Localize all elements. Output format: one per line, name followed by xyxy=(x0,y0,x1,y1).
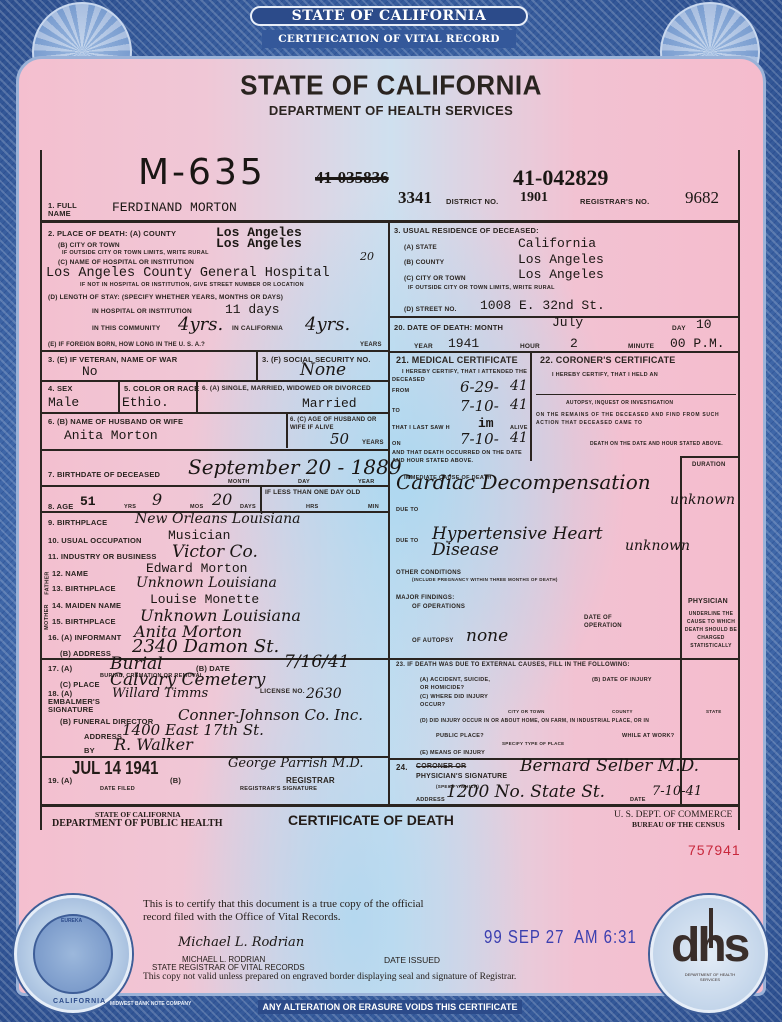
date-issued-stamp: 99 SEP 27 AM 6:31 xyxy=(484,927,637,948)
hrs-label: HRS xyxy=(306,504,319,510)
seal-motto: EUREKA xyxy=(61,918,82,924)
divider xyxy=(260,485,262,511)
divider xyxy=(286,412,288,448)
res-city-label: (C) CITY OR TOWN xyxy=(404,275,466,282)
on-label: ON xyxy=(392,441,401,447)
age-days: 20 xyxy=(212,490,232,509)
death-day: 10 xyxy=(696,317,712,332)
date-filed-value: JUL 14 1941 xyxy=(72,758,158,778)
residence-label: 3. USUAL RESIDENCE OF DECEASED: xyxy=(394,226,539,235)
printer-name: MIDWEST BANK NOTE COMPANY xyxy=(110,1001,191,1007)
veteran-value: No xyxy=(82,364,98,379)
coroner-text-2: AUTOPSY, INQUEST OR INVESTIGATION xyxy=(566,400,673,406)
date-injury-label: (B) DATE OF INJURY xyxy=(592,676,652,684)
in-community-label: IN THIS COMMUNITY xyxy=(92,325,160,332)
other-conditions-label: OTHER CONDITIONS xyxy=(396,570,461,576)
birthdate-label: 7. BIRTHDATE OF DECEASED xyxy=(48,470,160,479)
registrar-signature: George Parrish M.D. xyxy=(228,756,363,771)
marital-value: Married xyxy=(302,396,357,411)
date-of-operation-label: DATE OF OPERATION xyxy=(584,614,624,630)
to-label: TO xyxy=(392,408,400,414)
banner-subtitle: CERTIFICATION OF VITAL RECORD xyxy=(262,30,516,48)
registrar-title: REGISTRAR xyxy=(286,776,335,785)
res-city-value: Los Angeles xyxy=(518,267,604,282)
department-title: DEPARTMENT OF HEALTH SERVICES xyxy=(0,103,782,118)
column-divider xyxy=(388,222,390,806)
embalmer-label: 18. (A) EMBALMER'S SIGNATURE xyxy=(48,690,108,714)
stay-label: (D) LENGTH OF STAY: (SPECIFY WHETHER YEA… xyxy=(48,294,283,301)
minute-label: MINUTE xyxy=(628,343,654,350)
accident-label: (A) ACCIDENT, SUICIDE, OR HOMICIDE? xyxy=(420,676,500,692)
less-than-day-label: IF LESS THAN ONE DAY OLD xyxy=(265,489,360,496)
date-filed-label: 19. (A) xyxy=(48,776,72,785)
from-year: 41 xyxy=(510,378,528,394)
last-saw-year: 41 xyxy=(510,430,528,446)
certificate-number: 41-042829 xyxy=(513,165,608,191)
attended-from: 6-29- xyxy=(460,378,499,396)
certify-text-2: record filed with the Office of Vital Re… xyxy=(143,911,340,923)
due-to-duration: unknown xyxy=(625,538,690,554)
place-label: (C) PLACE xyxy=(60,680,100,689)
from-label: FROM xyxy=(392,388,409,394)
coroner-text-1: I HEREBY CERTIFY, THAT I HELD AN xyxy=(552,372,658,378)
divider xyxy=(388,351,740,353)
spouse-age-value: 50 xyxy=(330,430,349,448)
informant-address-label: (B) ADDRESS xyxy=(60,649,111,658)
industry-value: Victor Co. xyxy=(172,542,258,562)
divider xyxy=(530,351,532,461)
age-label: 8. AGE xyxy=(48,502,74,511)
specify-type-label: SPECIFY TYPE OF PLACE xyxy=(502,741,564,746)
last-saw-date: 7-10- xyxy=(460,430,499,448)
city-note: IF OUTSIDE CITY OR TOWN LIMITS, WRITE RU… xyxy=(62,250,209,256)
autopsy-value: none xyxy=(466,626,508,646)
registrar-number: 9682 xyxy=(685,188,719,208)
physician-sig-struck: CORONER OR xyxy=(416,763,466,770)
hospital-label: (C) NAME OF HOSPITAL OR INSTITUTION xyxy=(58,259,194,266)
license-value: 2630 xyxy=(306,686,342,702)
registrar-sig-label: (B) xyxy=(170,776,181,785)
attended-to: 7-10- xyxy=(460,397,499,415)
hour-label: HOUR xyxy=(520,343,540,350)
coroner-text-3: ON THE REMAINS OF THE DECEASED AND FIND … xyxy=(536,411,738,427)
in-california-label: IN CALIFORNIA xyxy=(232,325,283,332)
sub-number: 3341 xyxy=(398,188,432,208)
sex-value: Male xyxy=(48,395,79,410)
footer-left-dept: DEPARTMENT OF PUBLIC HEALTH xyxy=(52,818,223,829)
coroner-text-4: DEATH ON THE DATE AND HOUR STATED ABOVE. xyxy=(590,441,723,447)
age-years: 51 xyxy=(80,494,96,509)
mother-side-label: MOTHER xyxy=(44,604,50,630)
spouse-value: Anita Morton xyxy=(64,428,158,443)
physician-date: 7-10-41 xyxy=(652,784,702,799)
mother-maiden-value: Louise Monette xyxy=(150,592,259,607)
handwritten-ref: M-635 xyxy=(138,152,266,193)
of-autopsy-label: OF AUTOPSY xyxy=(412,638,454,644)
dhs-caption: DEPARTMENT OF HEALTH SERVICES xyxy=(683,972,737,982)
where-sub-city: CITY OR TOWN xyxy=(508,709,545,714)
district-label: DISTRICT NO. xyxy=(446,197,498,206)
divider xyxy=(680,456,740,458)
where-injury-label: (C) WHERE DID INJURY OCCUR? xyxy=(420,693,490,709)
coroner-cert-label: 22. CORONER'S CERTIFICATE xyxy=(540,355,676,365)
sex-label: 4. SEX xyxy=(48,384,73,393)
to-year: 41 xyxy=(510,397,528,413)
hospital-note: IF NOT IN HOSPITAL OR INSTITUTION, GIVE … xyxy=(80,282,304,288)
day-label: DAY xyxy=(672,325,686,332)
ward-number: 20 xyxy=(360,250,374,263)
divider xyxy=(40,804,740,807)
of-operations-label: OF OPERATIONS xyxy=(412,604,465,610)
spouse-label: 6. (B) NAME OF HUSBAND OR WIFE xyxy=(48,417,183,426)
res-county-value: Los Angeles xyxy=(518,252,604,267)
res-state-value: California xyxy=(518,236,596,251)
district-number: 1901 xyxy=(520,190,548,206)
divider xyxy=(196,380,198,412)
informant-label: 16. (A) INFORMANT xyxy=(48,633,121,642)
mother-birthplace-label: 15. BIRTHPLACE xyxy=(52,617,116,626)
mother-maiden-label: 14. MAIDEN NAME xyxy=(52,601,121,610)
in-hospital-label: IN HOSPITAL OR INSTITUTION xyxy=(92,308,192,315)
foreign-born-label: (E) IF FOREIGN BORN, HOW LONG IN THE U. … xyxy=(48,342,205,348)
physician-note-title: PHYSICIAN xyxy=(688,598,728,605)
age-months: 9 xyxy=(152,490,162,509)
birthdate-value: September 20 - 1889 xyxy=(188,455,402,479)
license-label: LICENSE NO. xyxy=(260,688,305,695)
divider xyxy=(256,350,258,380)
full-name: FERDINAND MORTON xyxy=(112,200,237,215)
full-name-label: 1. FULL NAME xyxy=(48,202,94,218)
death-date-label: 20. DATE OF DEATH: MONTH xyxy=(394,323,503,332)
in-california-value: 4yrs. xyxy=(305,314,350,335)
physician-note: UNDERLINE THE CAUSE TO WHICH DEATH SHOUL… xyxy=(683,610,739,650)
last-saw-label: THAT I LAST SAW H xyxy=(392,425,450,431)
caduceus-icon xyxy=(709,908,713,948)
divider xyxy=(536,394,736,395)
external-label: 23. IF DEATH WAS DUE TO EXTERNAL CAUSES,… xyxy=(396,662,630,668)
place-of-death-label: 2. PLACE OF DEATH: (A) COUNTY xyxy=(48,229,176,238)
seal-text-bottom: CALIFORNIA xyxy=(53,998,106,1005)
physician-signature: Bernard Selber M.D. xyxy=(520,756,699,776)
res-state-label: (A) STATE xyxy=(404,244,437,251)
divider xyxy=(40,412,388,414)
certify-text-1: This is to certify that this document is… xyxy=(143,898,424,910)
bottom-banner: ANY ALTERATION OR ERASURE VOIDS THIS CER… xyxy=(258,1000,522,1014)
father-birthplace-value: Unknown Louisiana xyxy=(136,575,277,591)
father-name-label: 12. NAME xyxy=(52,569,88,578)
where-sub-county: COUNTY xyxy=(612,709,633,714)
physician-address: 1200 No. State St. xyxy=(446,782,605,802)
birthplace-label: 9. BIRTHPLACE xyxy=(48,518,107,527)
certificate-of-death-title: CERTIFICATE OF DEATH xyxy=(288,812,454,828)
divider xyxy=(680,456,682,806)
hospital-name: Los Angeles County General Hospital xyxy=(46,266,330,281)
age-months-unit: MOS xyxy=(190,504,203,510)
physician-sig-label: PHYSICIAN'S SIGNATURE xyxy=(416,773,507,780)
death-month: July xyxy=(552,315,583,330)
means-label: (E) MEANS OF INJURY xyxy=(420,750,485,756)
while-at-work-label: WHILE AT WORK? xyxy=(622,733,674,739)
public-place-label: PUBLIC PLACE? xyxy=(436,733,484,739)
divider xyxy=(40,449,388,451)
occupation-label: 10. USUAL OCCUPATION xyxy=(48,536,142,545)
res-county-label: (B) COUNTY xyxy=(404,259,444,266)
immediate-cause-value: Cardiac Decompensation xyxy=(396,470,651,494)
date-issued-label: DATE ISSUED xyxy=(384,955,440,965)
due-to-label-2: DUE TO xyxy=(396,538,418,544)
res-street-label: (D) STREET NO. xyxy=(404,306,457,313)
res-city-note: IF OUTSIDE CITY OR TOWN LIMITS, WRITE RU… xyxy=(408,285,555,291)
divider xyxy=(40,380,388,382)
age-years-unit: YRS xyxy=(124,504,136,510)
divider xyxy=(40,350,388,352)
occupation-value: Musician xyxy=(168,528,230,543)
registrar-sig-sub: REGISTRAR'S SIGNATURE xyxy=(240,786,317,792)
year-label: YEAR xyxy=(414,343,433,350)
res-street-value: 1008 E. 32nd St. xyxy=(480,298,605,313)
physician-date-label: DATE xyxy=(630,797,646,803)
embalmer-value: Willard Timms xyxy=(112,686,208,701)
footer-right-bureau: BUREAU OF THE CENSUS xyxy=(632,820,725,829)
registrar-no-label: REGISTRAR'S NO. xyxy=(580,197,649,206)
foreign-born-unit: YEARS xyxy=(360,342,382,348)
race-value: Ethio. xyxy=(122,395,169,410)
date-filed-sub: DATE FILED xyxy=(100,786,135,792)
death-hour: 2 xyxy=(570,336,578,351)
struck-number: 41-035836 xyxy=(315,168,389,188)
state-registrar-title: STATE REGISTRAR OF VITAL RECORDS xyxy=(152,963,305,972)
father-side-label: FATHER xyxy=(45,571,51,594)
death-occurred-text: AND THAT DEATH OCCURRED ON THE DATE AND … xyxy=(392,449,528,465)
by-value: R. Walker xyxy=(114,735,193,754)
divider xyxy=(388,658,740,660)
age-days-unit: DAYS xyxy=(240,504,256,510)
father-birthplace-label: 13. BIRTHPLACE xyxy=(52,584,116,593)
immediate-duration: unknown xyxy=(670,492,735,508)
marital-label: 6. (A) SINGLE, MARRIED, WIDOWED OR DIVOR… xyxy=(202,384,382,393)
physician-address-label: ADDRESS xyxy=(416,797,445,803)
divider xyxy=(40,220,740,223)
divider xyxy=(118,380,120,412)
due-to-label-1: DUE TO xyxy=(396,507,418,513)
father-name-value: Edward Morton xyxy=(146,561,247,576)
min-label: MIN xyxy=(368,504,379,510)
other-conditions-note: (INCLUDE PREGNANCY WITHIN THREE MONTHS O… xyxy=(412,577,558,582)
spouse-age-unit: YEARS xyxy=(362,440,384,446)
where-sub-state: STATE xyxy=(706,709,722,714)
physician-sig-num: 24. xyxy=(396,763,408,772)
due-to-value: Hypertensive Heart Disease xyxy=(432,526,632,558)
duration-label: DURATION xyxy=(692,462,726,468)
death-year: 1941 xyxy=(448,336,479,351)
disposition-label: 17. (A) xyxy=(48,664,72,673)
validity-note: This copy not valid unless prepared on e… xyxy=(143,972,516,982)
disposition-date-value: 7/16/41 xyxy=(284,652,350,672)
ssn-value: None xyxy=(300,360,346,380)
dhs-seal: dhs DEPARTMENT OF HEALTH SERVICES xyxy=(650,895,768,1013)
page-title: STATE OF CALIFORNIA xyxy=(0,69,782,102)
seal-emblem-icon xyxy=(33,914,113,994)
race-label: 5. COLOR OR RACE xyxy=(124,384,199,393)
by-label: BY xyxy=(84,746,95,755)
footer-right-dept: U. S. DEPT. OF COMMERCE xyxy=(614,810,732,820)
banner-title: STATE OF CALIFORNIA xyxy=(250,6,528,26)
death-minute: 00 P.M. xyxy=(670,336,725,351)
medical-cert-label: 21. MEDICAL CERTIFICATE xyxy=(396,355,518,365)
state-seal: EUREKA CALIFORNIA xyxy=(14,895,132,1013)
major-findings-label: MAJOR FINDINGS: xyxy=(396,595,455,601)
injury-place-label: (D) DID INJURY OCCUR IN OR ABOUT HOME, O… xyxy=(420,718,649,724)
divider xyxy=(40,485,388,487)
industry-label: 11. INDUSTRY OR BUSINESS xyxy=(48,552,157,561)
veteran-label: 3. (E) IF VETERAN, NAME OF WAR xyxy=(48,355,177,364)
birthplace-value: New Orleans Louisiana xyxy=(135,511,301,527)
serial-number: 757941 xyxy=(688,842,741,858)
last-saw-pronoun: im xyxy=(478,416,494,431)
place-city: Los Angeles xyxy=(216,236,302,251)
city-label: (B) CITY OR TOWN xyxy=(58,242,120,249)
state-registrar-signature: Michael L. Rodrian xyxy=(178,935,304,950)
in-hospital-value: 11 days xyxy=(225,302,280,317)
in-community-value: 4yrs. xyxy=(178,314,223,335)
